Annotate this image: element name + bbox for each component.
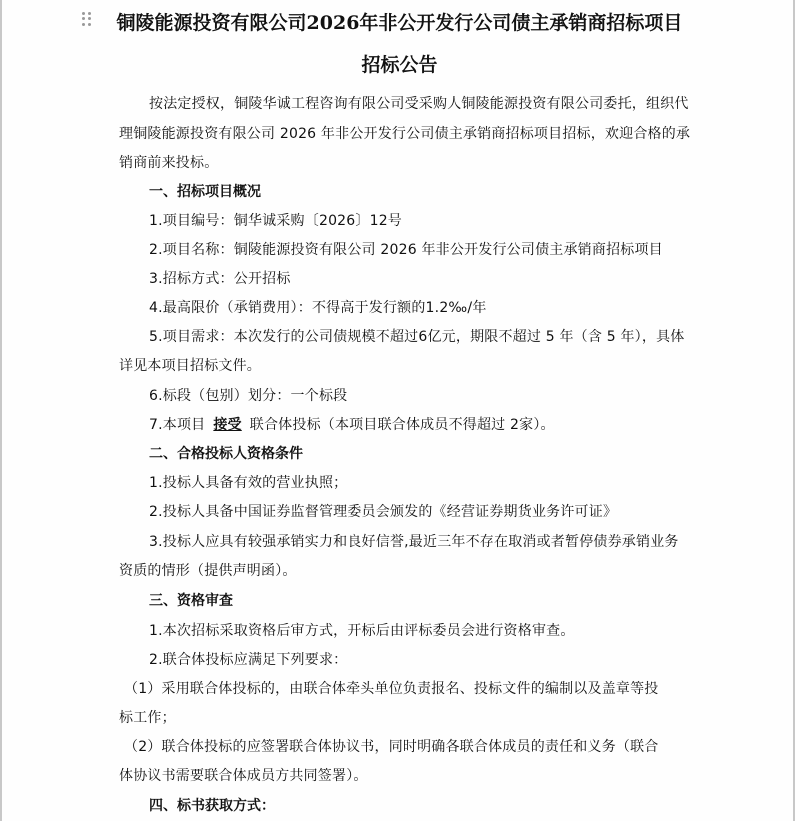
section1-item-4: 4.最高限价（承销费用）：不得高于发行额的1.2‰/年 <box>149 297 487 317</box>
document-title: 铜陵能源投资有限公司2026年非公开发行公司债主承销商招标项目 <box>2 8 795 35</box>
section1-item-1: 1.项目编号：铜华诚采购〔2026〕12号 <box>149 210 402 230</box>
section3-item-2: 2.联合体投标应满足下列要求： <box>149 649 347 669</box>
item7-suffix: 联合体投标（本项目联合体成员不得超过 2家）。 <box>250 417 555 433</box>
item7-underlined-value: 接受 <box>205 417 249 433</box>
intro-line-3: 销商前来投标。 <box>119 152 218 172</box>
section-heading-4: 四、标书获取方式： <box>149 795 275 815</box>
section2-item-2: 2.投标人具备中国证券监督管理委员会颁发的《经营证券期货业务许可证》 <box>149 501 617 521</box>
intro-line-2: 理铜陵能源投资有限公司 2026 年非公开发行公司债主承销商招标项目招标，欢迎合… <box>119 123 690 143</box>
section3-subitem-1: （1）采用联合体投标的，由联合体牵头单位负责报名、投标文件的编制以及盖章等投 <box>124 678 659 698</box>
section-heading-3: 三、资格审查 <box>149 590 233 610</box>
document-subtitle: 招标公告 <box>2 50 795 77</box>
section1-item-3: 3.招标方式：公开招标 <box>149 268 291 288</box>
section2-item-3: 3.投标人应具有较强承销实力和良好信誉,最近三年不存在取消或者暂停债券承销业务 <box>149 531 679 551</box>
section1-item-5: 5.项目需求：本次发行的公司债规模不超过6亿元，期限不超过 5 年（含 5 年）… <box>149 326 684 346</box>
section3-subitem-2-cont: 体协议书需要联合体成员方共同签署）。 <box>119 765 368 785</box>
section2-item-1: 1.投标人具备有效的营业执照； <box>149 472 347 492</box>
section3-item-1: 1.本次招标采取资格后审方式，开标后由评标委员会进行资格审查。 <box>149 620 575 640</box>
intro-line-1: 按法定授权，铜陵华诚工程咨询有限公司受采购人铜陵能源投资有限公司委托，组织代 <box>149 93 689 113</box>
section3-subitem-1-cont: 标工作； <box>119 707 176 727</box>
section3-subitem-2: （2）联合体投标的应签署联合体协议书，同时明确各联合体成员的责任和义务（联合 <box>124 736 659 756</box>
section1-item-2: 2.项目名称：铜陵能源投资有限公司 2026 年非公开发行公司债主承销商招标项目 <box>149 239 663 259</box>
section1-item-6: 6.标段（包别）划分：一个标段 <box>149 385 347 405</box>
section1-item-5-cont: 详见本项目招标文件。 <box>119 355 261 375</box>
section-heading-2: 二、合格投标人资格条件 <box>149 443 303 463</box>
section1-item-7: 7.本项目接受联合体投标（本项目联合体成员不得超过 2家）。 <box>149 414 555 434</box>
section2-item-3-cont: 资质的情形（提供声明函）。 <box>119 560 297 580</box>
document-page: 铜陵能源投资有限公司2026年非公开发行公司债主承销商招标项目 招标公告 按法定… <box>0 0 795 821</box>
item7-prefix: 7.本项目 <box>149 417 205 433</box>
section-heading-1: 一、招标项目概况 <box>149 181 261 201</box>
